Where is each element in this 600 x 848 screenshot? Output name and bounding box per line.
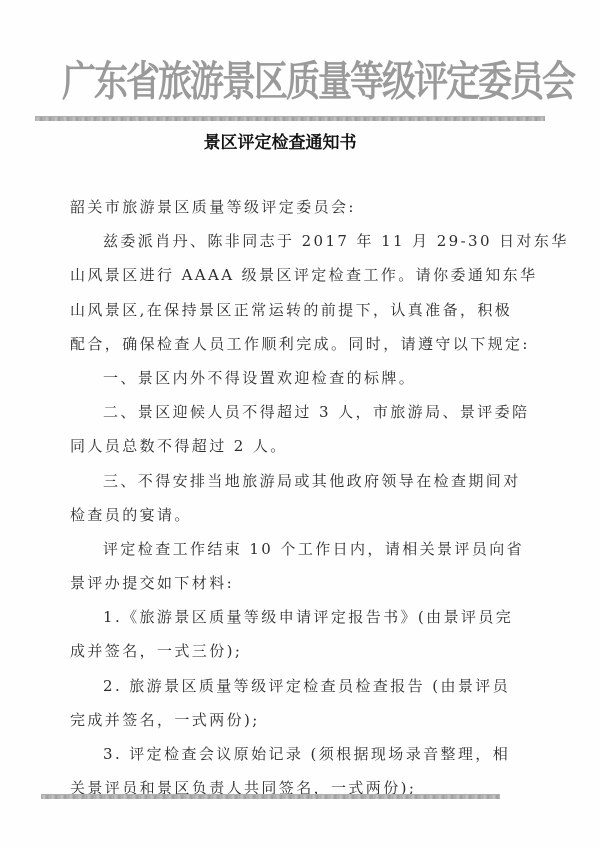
body-line: 山风景区,在保持景区正常运转的前提下，认真准备，积极	[70, 293, 520, 327]
rule-item-2-cont: 同人员总数不得超过 2 人。	[70, 429, 520, 463]
letterhead-org-name: 广东省旅游景区质量等级评定委员会	[62, 45, 532, 118]
material-item-2-cont: 完成并签名，一式两份);	[70, 703, 520, 737]
material-item-2: 2. 旅游景区质量等级评定检查员检查报告 (由景评员	[70, 669, 520, 703]
rule-item-3: 三、不得安排当地旅游局或其他政府领导在检查期间对	[70, 464, 520, 498]
salutation: 韶关市旅游景区质量等级评定委员会:	[70, 190, 520, 224]
materials-intro-cont: 景评办提交如下材料:	[70, 566, 520, 600]
document-title: 景区评定检查通知书	[0, 128, 560, 153]
document-body: 韶关市旅游景区质量等级评定委员会: 兹委派肖丹、陈非同志于 2017 年 11 …	[70, 190, 520, 805]
rule-item-2: 二、景区迎候人员不得超过 3 人，市旅游局、景评委陪	[70, 395, 520, 429]
body-line: 兹委派肖丹、陈非同志于 2017 年 11 月 29-30 日对东华	[70, 224, 520, 258]
letterhead-divider	[35, 116, 545, 121]
body-line: 配合，确保检查人员工作顺利完成。同时，请遵守以下规定:	[70, 327, 520, 361]
materials-intro: 评定检查工作结束 10 个工作日内，请相关景评员向省	[70, 532, 520, 566]
footer-divider	[41, 794, 500, 799]
rule-item-1: 一、景区内外不得设置欢迎检查的标牌。	[70, 361, 520, 395]
material-item-1: 1.《旅游景区质量等级申请评定报告书》(由景评员完	[70, 600, 520, 634]
material-item-3-cont: 关景评员和景区负责人共同签名，一式两份);	[70, 771, 520, 805]
material-item-1-cont: 成并签名，一式三份);	[70, 634, 520, 668]
rule-item-3-cont: 检查员的宴请。	[70, 498, 520, 532]
body-line: 山风景区进行 AAAA 级景区评定检查工作。请你委通知东华	[70, 258, 520, 292]
material-item-3: 3. 评定检查会议原始记录 (须根据现场录音整理，相	[70, 737, 520, 771]
